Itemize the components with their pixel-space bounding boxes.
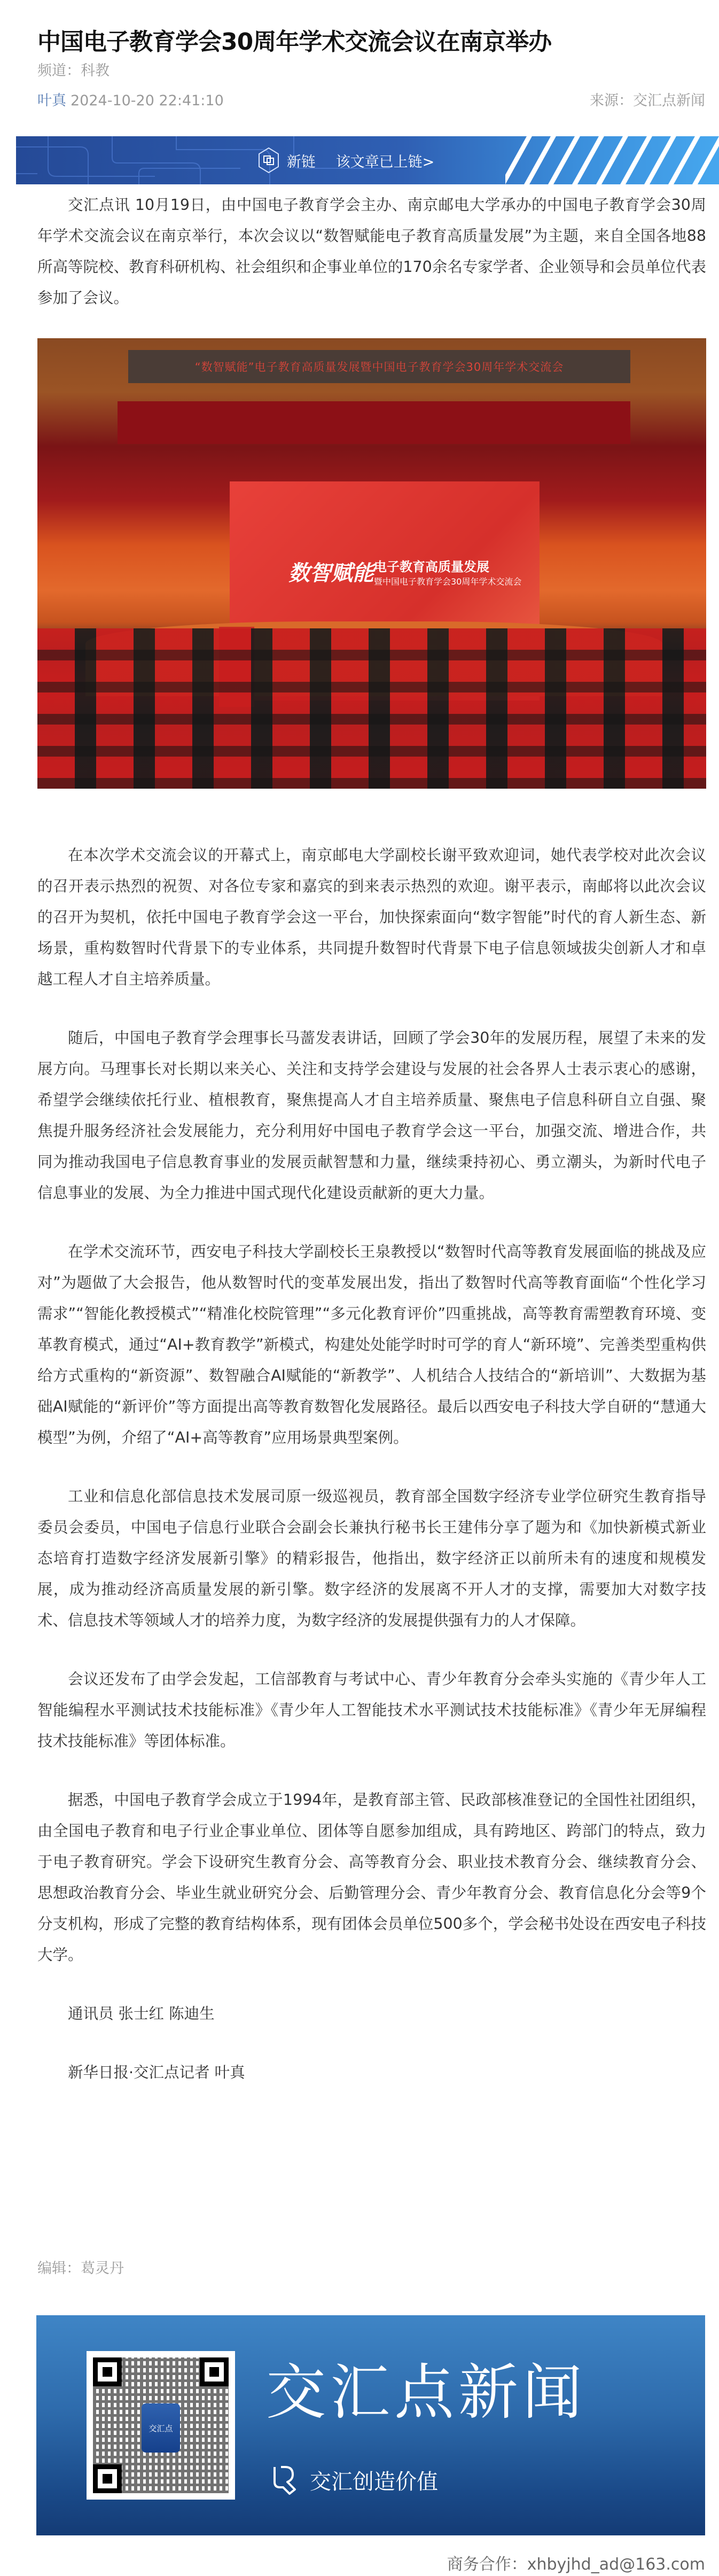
qr-finder-top-right	[200, 2357, 229, 2386]
editor-name: 葛灵丹	[81, 2260, 124, 2277]
qr-app-logo: 交汇点	[142, 2403, 180, 2453]
correspondents: 通讯员 张士红 陈迪生	[37, 1998, 706, 2029]
conference-photo: “数智赋能”电子教育高质量发展暨中国电子教育学会30周年学术交流会 数智赋能 电…	[37, 338, 706, 789]
jiaohuidian-logo-icon	[271, 2464, 299, 2496]
blockchain-banner[interactable]: 新链 该文章已上链>	[16, 136, 719, 184]
article-title: 中国电子教育学会30周年学术交流会议在南京举办	[37, 27, 710, 57]
screen-subtitle: 暨中国电子教育学会30周年学术交流会	[374, 575, 521, 587]
channel-label: 频道：	[37, 63, 81, 79]
article-meta: 叶真2024-10-20 22:41:10 来源：交汇点新闻	[37, 89, 705, 110]
channel-info: 频道：科教	[37, 59, 110, 80]
paragraph-4: 在学术交流环节，西安电子科技大学副校长王泉教授以“数智时代高等教育发展面临的挑战…	[37, 1236, 706, 1453]
publish-datetime: 2024-10-20 22:41:10	[71, 92, 224, 109]
chain-hexagon-icon	[258, 147, 279, 174]
paragraph-6: 会议还发布了由学会发起，工信部教育与考试中心、青少年教育分会牵头实施的《青少年人…	[37, 1664, 706, 1757]
photo-header-board: “数智赋能”电子教育高质量发展暨中国电子教育学会30周年学术交流会	[128, 350, 630, 383]
photo-audience-rows	[37, 628, 706, 789]
source-name: 交汇点新闻	[633, 92, 705, 109]
paragraph-7: 据悉，中国电子教育学会成立于1994年，是教育部主管、民政部核准登记的全国性社团…	[37, 1785, 706, 1971]
stripe-decoration	[505, 136, 719, 184]
author-date: 叶真2024-10-20 22:41:10	[37, 89, 224, 110]
blockchain-banner-content: 新链 该文章已上链>	[258, 147, 435, 174]
author-link[interactable]: 叶真	[37, 92, 66, 109]
paragraph-3: 随后，中国电子教育学会理事长马蔷发表讲话，回顾了学会30年的发展历程，展望了未来…	[37, 1023, 706, 1209]
screen-calligraphy: 数智赋能	[288, 556, 374, 587]
qr-code: 交汇点	[87, 2351, 235, 2500]
paragraph-5: 工业和信息化部信息技术发展司原一级巡视员，教育部全国数字经济专业学位研究生教育指…	[37, 1481, 706, 1636]
chain-status-link[interactable]: 该文章已上链>	[336, 150, 435, 171]
app-slogan: 交汇创造价值	[271, 2464, 438, 2496]
paragraph-1: 交汇点讯 10月19日，由中国电子教育学会主办、南京邮电大学承办的中国电子教育学…	[37, 190, 706, 314]
reporter: 新华日报·交汇点记者 叶真	[37, 2057, 706, 2088]
chain-brand-label: 新链	[287, 150, 316, 171]
editor-info: 编辑：葛灵丹	[37, 2256, 124, 2277]
source-info: 来源：交汇点新闻	[590, 89, 705, 110]
app-download-banner[interactable]: 交汇点 交汇点新闻 交汇创造价值	[36, 2315, 705, 2535]
app-slogan-text: 交汇创造价值	[310, 2465, 438, 2495]
business-contact: 商务合作：xhbyjhd_ad@163.com	[447, 2551, 705, 2574]
qr-finder-top-left	[93, 2357, 122, 2386]
app-title: 交汇点新闻	[266, 2358, 587, 2427]
editor-label: 编辑：	[37, 2260, 81, 2277]
article-body: 交汇点讯 10月19日，由中国电子教育学会主办、南京邮电大学承办的中国电子教育学…	[37, 190, 706, 2116]
channel-link[interactable]: 科教	[81, 63, 110, 79]
paragraph-2: 在本次学术交流会议的开幕式上，南京邮电大学副校长谢平致欢迎词，她代表学校对此次会…	[37, 840, 706, 995]
source-label: 来源：	[590, 92, 633, 109]
qr-finder-bottom-left	[93, 2464, 122, 2493]
article-signature: 通讯员 张士红 陈迪生 新华日报·交汇点记者 叶真	[37, 1998, 706, 2088]
photo-curtain	[118, 401, 630, 444]
screen-title: 电子教育高质量发展	[374, 556, 489, 575]
